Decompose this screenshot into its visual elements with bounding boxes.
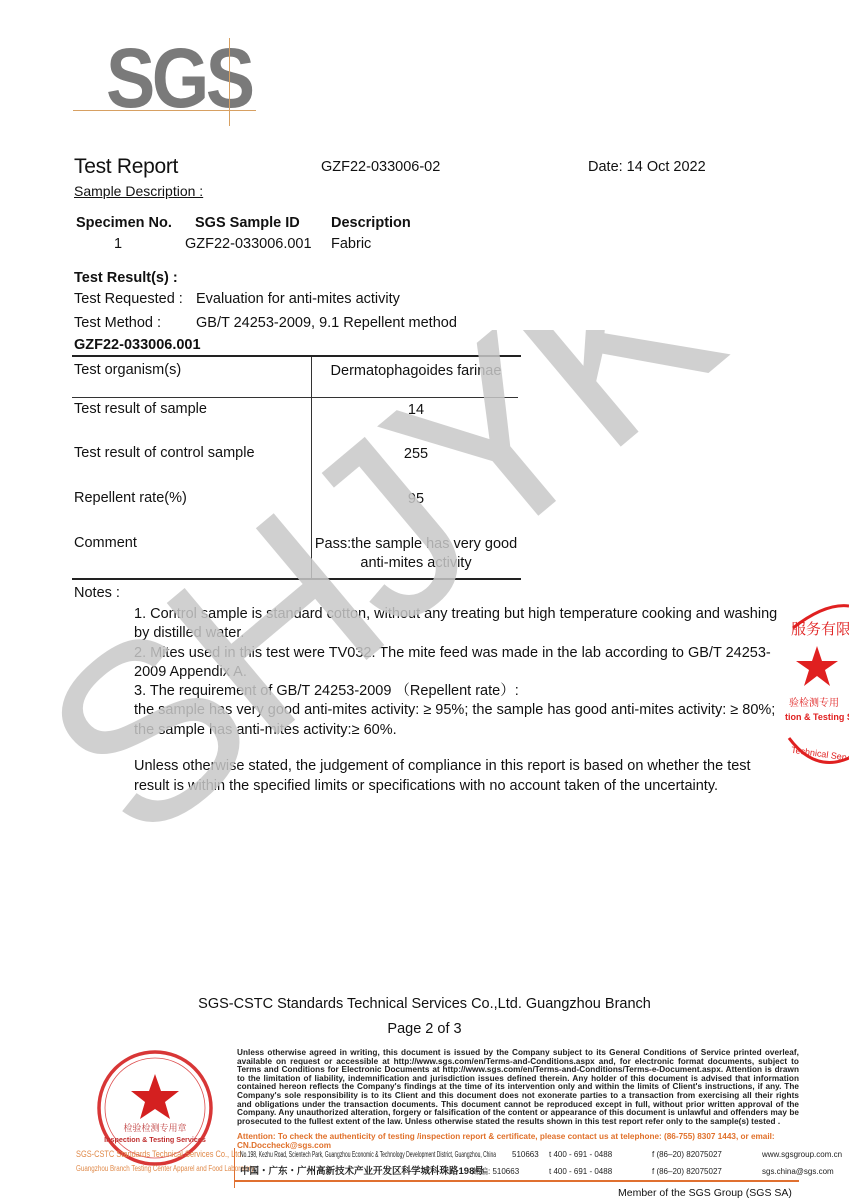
fax-cn: f (86–20) 82075027 bbox=[652, 1167, 762, 1176]
address-divider bbox=[234, 1148, 235, 1188]
table-top-rule bbox=[72, 355, 521, 357]
test-method-label: Test Method : bbox=[74, 315, 161, 331]
row-test-organism-label: Test organism(s) bbox=[74, 362, 181, 378]
address-english-line: No.198, Kezhu Road, Scientech Park, Guan… bbox=[240, 1150, 842, 1159]
sgs-sample-id-header: SGS Sample ID bbox=[195, 215, 300, 231]
address-chinese: 中国・广东・广州高新技术产业开发区科学城科珠路198号 bbox=[240, 1163, 472, 1177]
table-header-separator bbox=[72, 397, 518, 398]
authenticity-notice: Attention: To check the authenticity of … bbox=[237, 1133, 802, 1150]
telephone-cn: t 400 - 691 - 0488 bbox=[549, 1167, 652, 1176]
svg-text:Technical Services Co.: Technical Services Co. bbox=[791, 745, 849, 768]
description-header: Description bbox=[331, 215, 411, 231]
test-method-value: GB/T 24253-2009, 9.1 Repellent method bbox=[196, 315, 457, 331]
row-sample-result-value: 14 bbox=[312, 401, 520, 420]
test-requested-label: Test Requested : bbox=[74, 291, 183, 307]
telephone: t 400 - 691 - 0488 bbox=[549, 1150, 652, 1159]
specimen-no-value: 1 bbox=[114, 236, 122, 252]
stamp-caption-line1: SGS-CSTC Standards Technical Services Co… bbox=[76, 1149, 243, 1160]
note-3-detail-a: the sample has very good anti-mites acti… bbox=[134, 701, 784, 720]
row-comment-label: Comment bbox=[74, 535, 137, 551]
notes-list: 1. Control sample is standard cotton, wi… bbox=[134, 605, 784, 740]
address-chinese-line: 中国・广东・广州高新技术产业开发区科学城科珠路198号邮编: 510663t 4… bbox=[240, 1163, 834, 1177]
stamp-caption-line2: Guangzhou Branch Testing Center Apparel … bbox=[76, 1164, 254, 1173]
description-value: Fabric bbox=[331, 236, 371, 252]
postcode-chinese: 邮编: 510663 bbox=[472, 1166, 549, 1177]
stamp-fragment-right: 服务有限公 验检测专用 tion & Testing Se Technical … bbox=[785, 598, 849, 773]
svg-text:验检测专用: 验检测专用 bbox=[789, 696, 839, 709]
sample-description-label: Sample Description : bbox=[74, 183, 203, 199]
svg-text:Inspection & Testing Services: Inspection & Testing Services bbox=[104, 1135, 206, 1144]
row-test-organism-value: Dermatophagoides farinae bbox=[312, 362, 520, 381]
table-bottom-rule bbox=[72, 578, 521, 580]
inspection-stamp: 检验检测专用章 Inspection & Testing Services bbox=[82, 1046, 232, 1166]
test-results-heading: Test Result(s) : bbox=[74, 270, 178, 286]
note-2: 2. Mites used in this test were TV032. T… bbox=[134, 644, 784, 683]
report-date: Date: 14 Oct 2022 bbox=[588, 159, 706, 175]
website-link[interactable]: www.sgsgroup.com.cn bbox=[762, 1150, 842, 1159]
footer-rule bbox=[234, 1180, 799, 1182]
compliance-disclaimer: Unless otherwise stated, the judgement o… bbox=[134, 757, 789, 796]
note-1: 1. Control sample is standard cotton, wi… bbox=[134, 605, 784, 644]
row-control-result-value: 255 bbox=[312, 445, 520, 464]
fax: f (86–20) 82075027 bbox=[652, 1150, 762, 1159]
note-3: 3. The requirement of GB/T 24253-2009 （R… bbox=[134, 682, 784, 701]
specimen-no-header: Specimen No. bbox=[76, 215, 172, 231]
row-control-result-label: Test result of control sample bbox=[74, 445, 255, 461]
notes-label: Notes : bbox=[74, 585, 120, 601]
sgs-sample-id-value: GZF22-033006.001 bbox=[185, 236, 312, 252]
email-link[interactable]: sgs.china@sgs.com bbox=[762, 1167, 834, 1176]
note-3-detail-b: the sample has anti-mites activity:≥ 60%… bbox=[134, 721, 784, 740]
svg-text:服务有限公: 服务有限公 bbox=[791, 620, 849, 638]
logo-vertical-rule bbox=[229, 38, 230, 126]
postcode-english: 510663 bbox=[512, 1150, 549, 1159]
svg-text:检验检测专用章: 检验检测专用章 bbox=[123, 1122, 186, 1134]
row-repellent-rate-label: Repellent rate(%) bbox=[74, 490, 187, 506]
row-comment-value-line1: Pass:the sample has very good bbox=[312, 535, 520, 554]
sgs-group-membership: Member of the SGS Group (SGS SA) bbox=[618, 1187, 792, 1199]
legal-terms: Unless otherwise agreed in writing, this… bbox=[237, 1049, 799, 1126]
row-comment-value-line2: anti-mites activity bbox=[312, 554, 520, 573]
company-name: SGS-CSTC Standards Technical Services Co… bbox=[0, 996, 849, 1012]
svg-text:tion & Testing Se: tion & Testing Se bbox=[785, 712, 849, 722]
address-english: No.198, Kezhu Road, Scientech Park, Guan… bbox=[240, 1150, 409, 1159]
row-sample-result-label: Test result of sample bbox=[74, 401, 207, 417]
page-number: Page 2 of 3 bbox=[0, 1021, 849, 1037]
report-title: Test Report bbox=[74, 155, 178, 179]
row-repellent-rate-value: 95 bbox=[312, 490, 520, 509]
test-requested-value: Evaluation for anti-mites activity bbox=[196, 291, 400, 307]
result-sample-id: GZF22-033006.001 bbox=[74, 337, 201, 353]
report-number: GZF22-033006-02 bbox=[321, 159, 440, 175]
